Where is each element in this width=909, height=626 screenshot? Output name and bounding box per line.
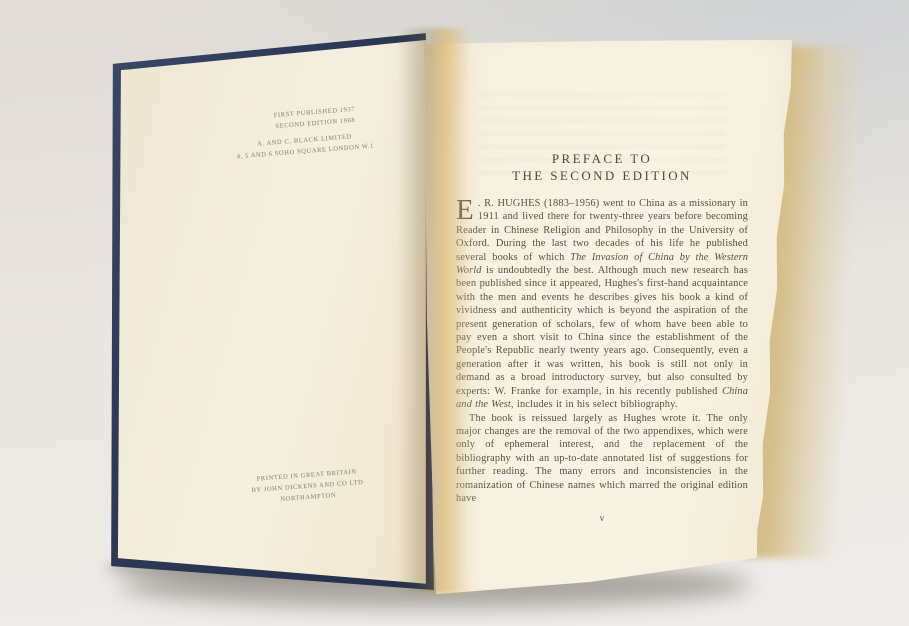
preface-heading-line: THE SECOND EDITION [456, 167, 748, 184]
book-gutter-shadow [398, 28, 486, 593]
page-number: v [456, 514, 748, 524]
publisher-imprint: A. AND C. BLACK LIMITED 4, 5 AND 6 SOHO … [229, 130, 380, 163]
photo-background: FIRST PUBLISHED 1937 SECOND EDITION 1968… [0, 0, 909, 626]
edition-imprint: FIRST PUBLISHED 1937 SECOND EDITION 1968 [249, 103, 380, 134]
preface-heading: PREFACE TO THE SECOND EDITION [456, 150, 748, 184]
preface-heading-line: PREFACE TO [456, 150, 748, 167]
book-cover-board: FIRST PUBLISHED 1937 SECOND EDITION 1968… [100, 28, 438, 598]
printer-imprint: PRINTED IN GREAT BRITAIN BY JOHN DICKENS… [239, 465, 376, 508]
preface-text-column: PREFACE TO THE SECOND EDITION E. R. HUGH… [456, 150, 748, 524]
paragraph-1-text: . R. HUGHES (1883–1956) went to China as… [456, 198, 748, 410]
left-endpaper-page: FIRST PUBLISHED 1937 SECOND EDITION 1968… [100, 28, 438, 598]
preface-paragraph-1: E. R. HUGHES (1883–1956) went to China a… [456, 197, 748, 412]
preface-paragraph-2: The book is reissued largely as Hughes w… [456, 412, 748, 506]
